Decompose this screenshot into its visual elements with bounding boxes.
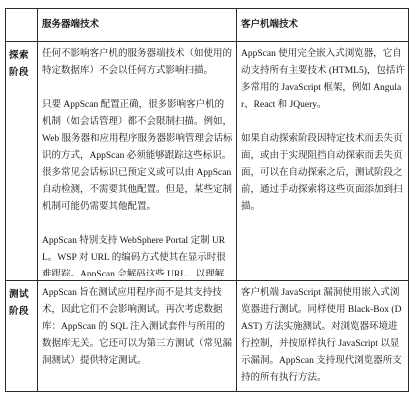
header-client-tech-label: 客户机端技术 <box>237 9 408 34</box>
test-client-text: 客户机端 JavaScript 漏洞使用嵌入式浏览器进行测试。同样使用 Blac… <box>237 281 408 387</box>
header-corner-cell <box>6 9 38 42</box>
paragraph: 如果自动探索阶段因特定技术而丢失页面，或由于实现阻挡自动探索而丢失页面，可以在自… <box>241 131 405 216</box>
row-label-explore-stage: 探索阶段 <box>6 42 38 281</box>
test-server-text: AppScan 旨在测试应用程序而不是其支持技术，因此它们不会影响测试。再次考虑… <box>38 281 236 387</box>
header-server-tech: 服务器端技术 <box>38 9 237 42</box>
paragraph: AppScan 使用完全嵌入式浏览器，它自动支持所有主要技术 (HTML5)，包… <box>241 46 405 114</box>
explore-server-cell: 任何不影响客户机的服务器端技术（如使用的特定数据库）不会以任何方式影响扫描。 只… <box>38 42 237 281</box>
header-corner-label <box>6 9 37 17</box>
header-server-tech-label: 服务器端技术 <box>38 9 236 34</box>
paragraph: 任何不影响客户机的服务器端技术（如使用的特定数据库）不会以任何方式影响扫描。 <box>42 46 233 80</box>
paragraph: AppScan 特别支持 WebSphere Portal 定制 URL。WSP… <box>42 233 233 276</box>
technology-comparison-table: 服务器端技术 客户机端技术 探索阶段 任何不影响客户机的服务器端技术（如使用的特… <box>5 8 409 392</box>
explore-server-text: 任何不影响客户机的服务器端技术（如使用的特定数据库）不会以任何方式影响扫描。 只… <box>38 42 236 276</box>
test-server-cell: AppScan 旨在测试应用程序而不是其支持技术，因此它们不会影响测试。再次考虑… <box>38 281 237 392</box>
table-header-row: 服务器端技术 客户机端技术 <box>6 9 409 42</box>
paragraph: 只要 AppScan 配置正确，很多影响客户机的机制（如会话管理）都不会限制扫描… <box>42 97 233 216</box>
explore-client-cell: AppScan 使用完全嵌入式浏览器，它自动支持所有主要技术 (HTML5)，包… <box>237 42 409 281</box>
explore-client-text: AppScan 使用完全嵌入式浏览器，它自动支持所有主要技术 (HTML5)，包… <box>237 42 408 276</box>
table-row-explore-stage: 探索阶段 任何不影响客户机的服务器端技术（如使用的特定数据库）不会以任何方式影响… <box>6 42 409 281</box>
document-page: 服务器端技术 客户机端技术 探索阶段 任何不影响客户机的服务器端技术（如使用的特… <box>0 0 414 400</box>
test-client-cell: 客户机端 JavaScript 漏洞使用嵌入式浏览器进行测试。同样使用 Blac… <box>237 281 409 392</box>
row-label-test-stage: 测试阶段 <box>6 281 38 392</box>
paragraph: AppScan 旨在测试应用程序而不是其支持技术，因此它们不会影响测试。再次考虑… <box>42 285 233 370</box>
test-stage-label: 测试阶段 <box>6 281 37 321</box>
header-client-tech: 客户机端技术 <box>237 9 409 42</box>
explore-stage-label: 探索阶段 <box>6 42 37 82</box>
table-row-test-stage: 测试阶段 AppScan 旨在测试应用程序而不是其支持技术，因此它们不会影响测试… <box>6 281 409 392</box>
paragraph: 客户机端 JavaScript 漏洞使用嵌入式浏览器进行测试。同样使用 Blac… <box>241 285 405 387</box>
